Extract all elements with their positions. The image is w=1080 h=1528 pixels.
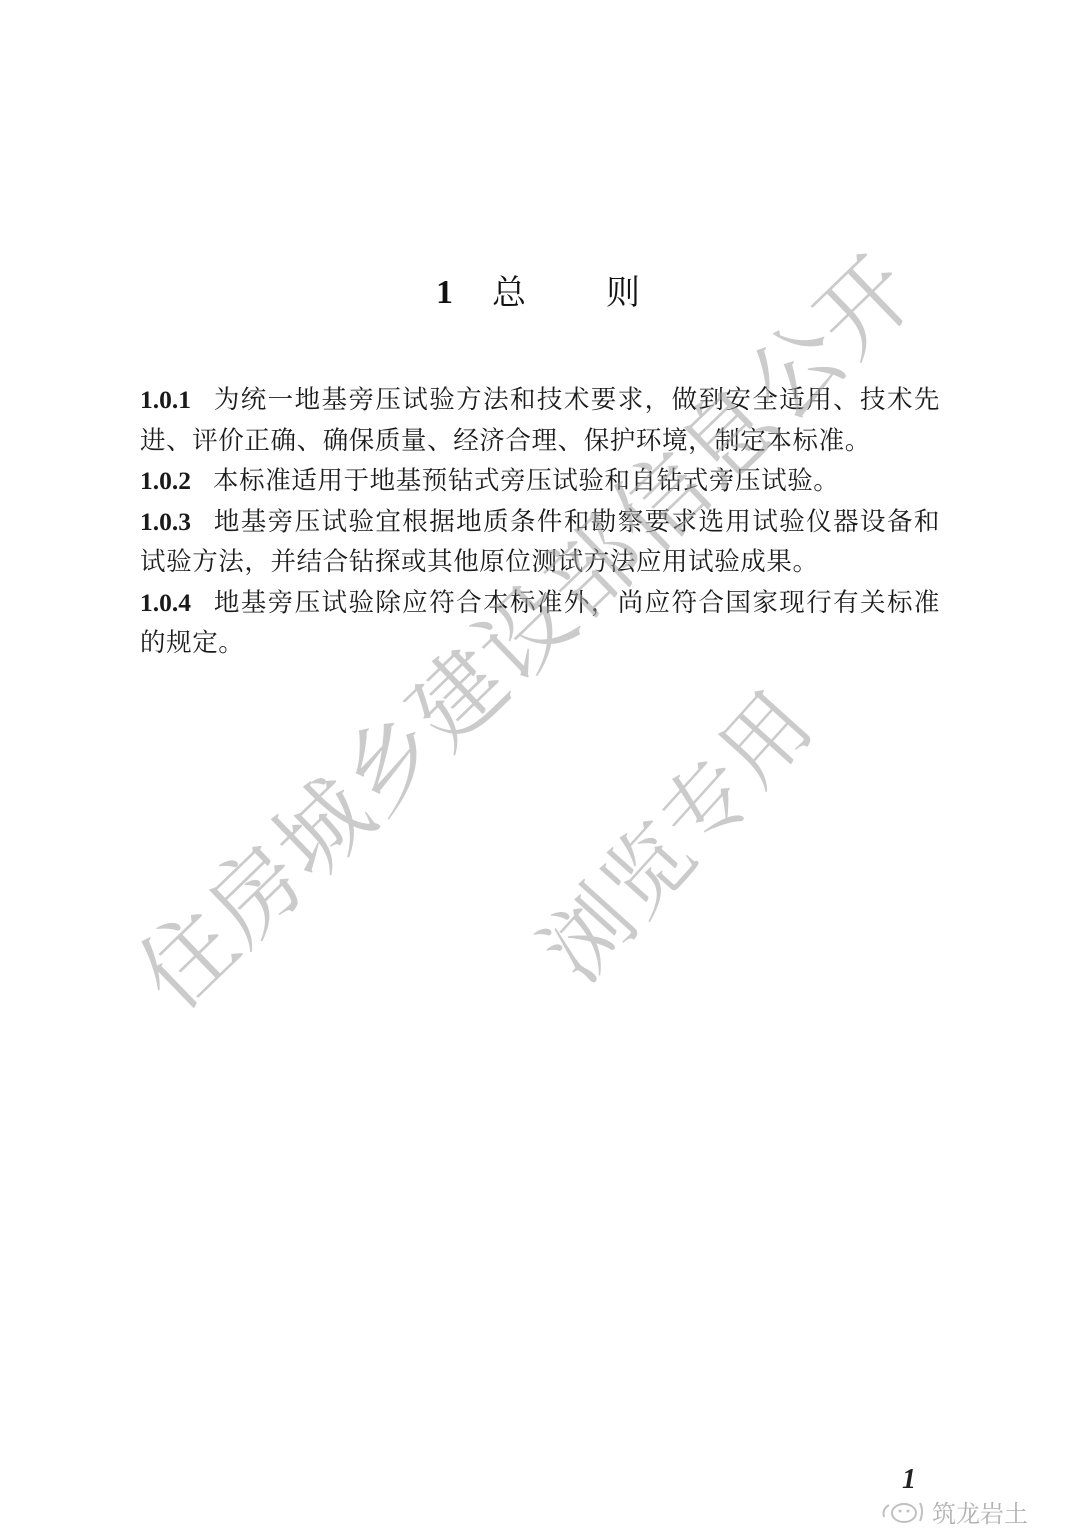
clause-number: 1.0.1 — [140, 385, 191, 414]
brand-name: 筑龙岩土 — [932, 1494, 1028, 1528]
chapter-number: 1 — [436, 268, 453, 318]
clause-number: 1.0.2 — [140, 466, 191, 495]
chapter-title-part2: 则 — [606, 268, 640, 318]
clause-number: 1.0.3 — [140, 507, 191, 536]
wechat-icon — [880, 1499, 926, 1525]
clause-1-0-2: 1.0.2本标准适用于地基预钻式旁压试验和自钻式旁压试验。 — [140, 461, 940, 502]
brand-watermark: 筑龙岩土 — [880, 1494, 1028, 1528]
page-number: 1 — [902, 1464, 916, 1496]
document-page: 1 总 则 1.0.1为统一地基旁压试验方法和技术要求，做到安全适用、技术先进、… — [0, 0, 1080, 1528]
watermark-right: 浏览专用 — [509, 659, 837, 1004]
chapter-title-part1: 总 — [492, 268, 526, 318]
clause-number: 1.0.4 — [140, 588, 191, 617]
